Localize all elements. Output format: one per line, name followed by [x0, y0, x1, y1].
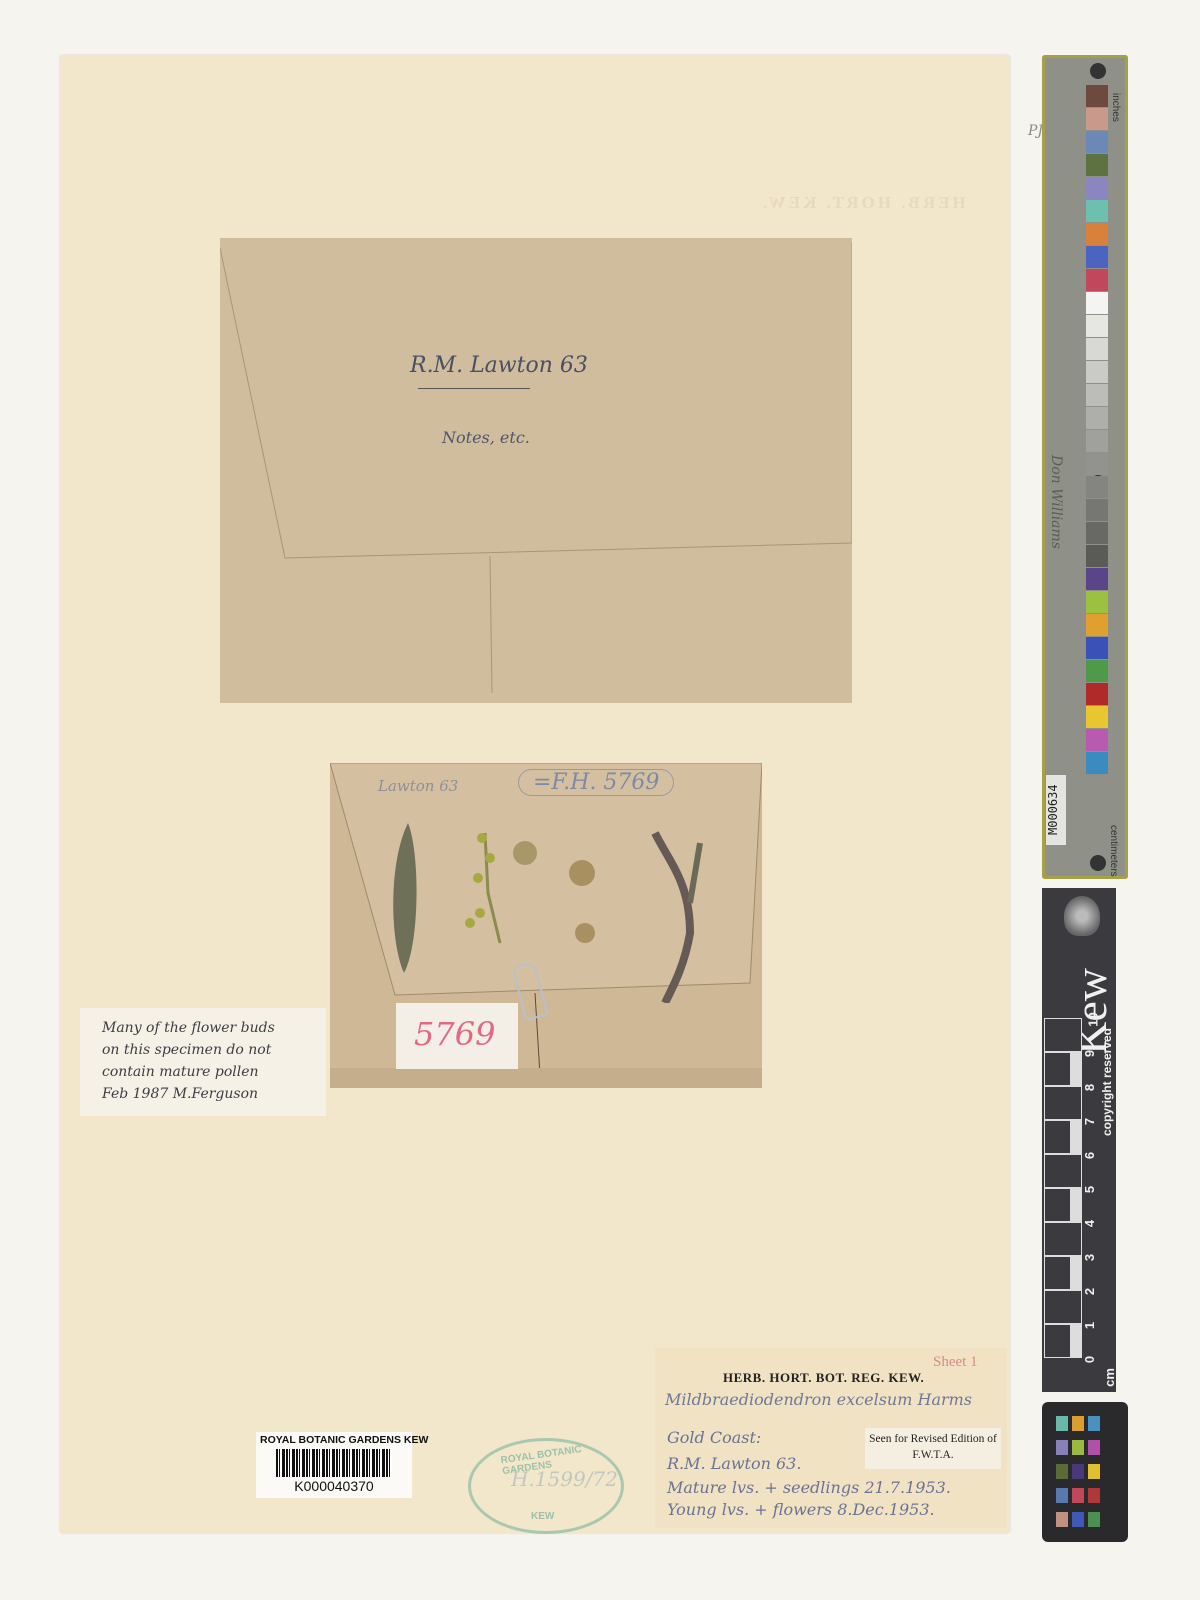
seen-stamp: Seen for Revised Edition of F.W.T.A. [865, 1428, 1001, 1469]
curator-initials: PJ [1028, 123, 1043, 139]
locality: Gold Coast: [667, 1428, 761, 1447]
color-swatch [1086, 752, 1108, 774]
swatch-column [1086, 85, 1108, 775]
color-card-swatch [1072, 1416, 1084, 1431]
color-bar-id: M000634 [1046, 775, 1066, 845]
envelope-folds [220, 238, 852, 703]
ruler-segment [1044, 1018, 1082, 1052]
color-swatch [1086, 729, 1108, 751]
ruler-segment [1044, 1324, 1082, 1358]
note-line: Many of the flower buds [102, 1020, 275, 1036]
color-card-swatch [1088, 1416, 1100, 1431]
color-swatch [1086, 246, 1108, 268]
collection-line-2: Young lvs. + flowers 8.Dec.1953. [667, 1500, 935, 1519]
herbarium-label: Sheet 1 HERB. HORT. BOT. REG. KEW. Mildb… [655, 1348, 1007, 1528]
species-name: Mildbraediodendron excelsum Harms [665, 1390, 972, 1409]
color-swatch [1086, 706, 1108, 728]
packet-fh-reference: =F.H. 5769 [518, 769, 674, 796]
stamp-accession: H.1599/72 [511, 1467, 618, 1491]
centimeters-label: centimeters [1108, 825, 1119, 877]
ruler-tick-label: 7 [1082, 1118, 1097, 1125]
ruler-tick-label: 0 [1082, 1356, 1097, 1363]
color-swatch [1086, 269, 1108, 291]
color-swatch [1086, 522, 1108, 544]
color-swatch [1086, 315, 1108, 337]
faint-stamp: HERB. HORT. KEW. [760, 193, 966, 213]
color-swatch [1086, 407, 1108, 429]
ruler-tick-label: 6 [1082, 1152, 1097, 1159]
note-line: Feb 1987 M.Ferguson [102, 1086, 258, 1102]
color-swatch [1086, 85, 1108, 107]
stamp-kew: KEW [531, 1511, 554, 1522]
color-swatch [1086, 108, 1108, 130]
color-swatch [1086, 476, 1108, 498]
color-swatch [1086, 177, 1108, 199]
color-swatch [1086, 430, 1108, 452]
packet-number-label: 5769 [396, 1003, 518, 1069]
color-swatch [1086, 683, 1108, 705]
collector: R.M. Lawton 63. [667, 1454, 801, 1473]
color-swatch [1086, 591, 1108, 613]
packet-number: 5769 [414, 1015, 495, 1053]
color-swatch [1086, 614, 1108, 636]
color-card-swatch [1056, 1512, 1068, 1527]
barcode-institution: ROYAL BOTANIC GARDENS KEW [260, 1434, 428, 1446]
accession-stamp: ROYAL BOTANIC GARDENS H.1599/72 KEW [468, 1438, 624, 1534]
color-card-swatch [1072, 1440, 1084, 1455]
ruler-segment [1044, 1120, 1082, 1154]
specimen-packet[interactable]: Lawton 63 =F.H. 5769 5769 [330, 763, 762, 1088]
note-line: on this specimen do not [102, 1042, 271, 1058]
color-swatch [1086, 545, 1108, 567]
color-card-swatch [1072, 1464, 1084, 1479]
envelope-notes: Notes, etc. [442, 428, 530, 447]
color-card-swatch [1088, 1488, 1100, 1503]
ruler-segment [1044, 1154, 1082, 1188]
color-swatch [1086, 568, 1108, 590]
color-card-swatch [1056, 1416, 1068, 1431]
ruler-segment [1044, 1086, 1082, 1120]
brand-label: Don Williams [1048, 455, 1064, 549]
underline [418, 388, 530, 389]
envelope-collector: R.M. Lawton 63 [410, 353, 588, 378]
kew-scale-ruler: Kew copyright reserved cm 012345678910 [1042, 888, 1116, 1392]
color-swatch [1086, 384, 1108, 406]
color-checker-card [1042, 1402, 1128, 1542]
color-swatch [1086, 453, 1108, 475]
ruler-tick-label: 4 [1082, 1220, 1097, 1227]
color-card-swatch [1072, 1512, 1084, 1527]
color-swatch [1086, 361, 1108, 383]
color-swatch [1086, 200, 1108, 222]
determination-note: Many of the flower buds on this specimen… [80, 1008, 326, 1116]
ruler-segment [1044, 1222, 1082, 1256]
notes-envelope[interactable]: R.M. Lawton 63 Notes, etc. [220, 238, 852, 703]
ruler-segment [1044, 1256, 1082, 1290]
barcode-icon [276, 1449, 392, 1477]
leaf-icon [393, 823, 416, 973]
unit-label: cm [1102, 1368, 1117, 1387]
color-swatch [1086, 131, 1108, 153]
color-swatch [1086, 292, 1108, 314]
ruler-tick-label: 2 [1082, 1288, 1097, 1295]
color-swatch [1086, 637, 1108, 659]
color-card-swatch [1056, 1488, 1068, 1503]
color-swatch [1086, 660, 1108, 682]
ruler-tick-label: 9 [1082, 1050, 1097, 1057]
ruler-segment [1044, 1290, 1082, 1324]
specimen-fragments [390, 823, 730, 1003]
registration-dot-icon [1090, 855, 1106, 871]
color-card-swatch [1072, 1488, 1084, 1503]
sheet-number: Sheet 1 [933, 1354, 978, 1371]
kew-crest-icon [1064, 896, 1100, 936]
barcode-label: ROYAL BOTANIC GARDENS KEW K000040370 [256, 1432, 412, 1498]
note-line: contain mature pollen [102, 1064, 259, 1080]
color-card-swatch [1056, 1440, 1068, 1455]
collection-line-1: Mature lvs. + seedlings 21.7.1953. [667, 1478, 951, 1497]
color-swatch [1086, 223, 1108, 245]
color-card-swatch [1056, 1464, 1068, 1479]
color-swatch [1086, 154, 1108, 176]
copyright-text: copyright reserved [1100, 1028, 1114, 1136]
ruler-tick-label: 1 [1082, 1322, 1097, 1329]
color-card-swatch [1088, 1512, 1100, 1527]
packet-collector: Lawton 63 [378, 777, 458, 795]
ruler-tick-label: 3 [1082, 1254, 1097, 1261]
inches-label: inches [1110, 93, 1121, 122]
ruler-tick-label: 10 [1086, 1012, 1101, 1026]
color-calibration-bar: inches Don Williams M000634 centimeters [1042, 55, 1128, 879]
ruler-segment [1044, 1052, 1082, 1086]
color-swatch [1086, 499, 1108, 521]
registration-dot-icon [1090, 63, 1106, 79]
ruler-tick-label: 8 [1082, 1084, 1097, 1091]
color-card-swatch [1088, 1464, 1100, 1479]
barcode-id: K000040370 [256, 1478, 412, 1494]
color-card-swatch [1088, 1440, 1100, 1455]
label-header: HERB. HORT. BOT. REG. KEW. [723, 1370, 924, 1386]
ruler-segment [1044, 1188, 1082, 1222]
color-swatch [1086, 338, 1108, 360]
ruler-tick-label: 5 [1082, 1186, 1097, 1193]
